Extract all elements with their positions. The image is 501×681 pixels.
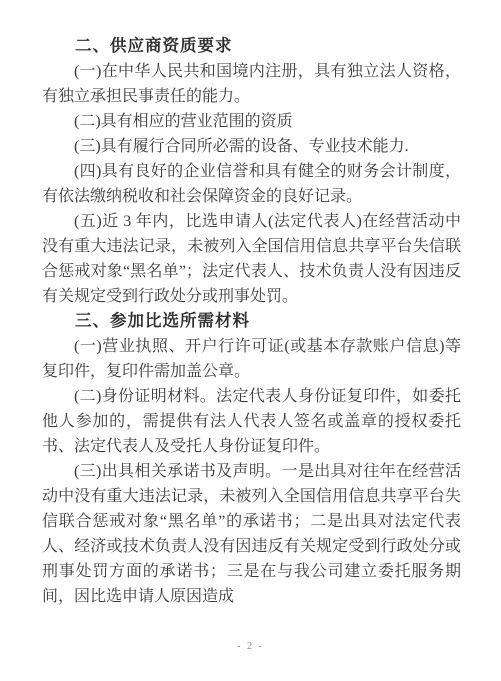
paragraph-qualification-1: (一)在中华人民共和国境内注册，具有独立法人资格，有独立承担民事责任的能力。 bbox=[42, 59, 461, 109]
paragraph-material-3: (三)出具相关承诺书及声明。一是出具对往年在经营活动中没有重大违法记录，未被列入… bbox=[42, 459, 461, 609]
paragraph-material-2: (二)身份证明材料。法定代表人身份证复印件，如委托他人参加的，需提供有法人代表人… bbox=[42, 384, 461, 459]
paragraph-material-1: (一)营业执照、开户行许可证(或基本存款账户信息)等复印件，复印件需加盖公章。 bbox=[42, 334, 461, 384]
paragraph-qualification-5: (五)近 3 年内，比选申请人(法定代表人)在经营活动中没有重大违法记录，未被列… bbox=[42, 209, 461, 309]
paragraph-qualification-3: (三)具有履行合同所必需的设备、专业技术能力. bbox=[42, 134, 461, 159]
paragraph-qualification-4: (四)具有良好的企业信誉和具有健全的财务会计制度，有依法缴纳税收和社会保障资金的… bbox=[42, 159, 461, 209]
section-heading-required-materials: 三、参加比选所需材料 bbox=[42, 309, 461, 334]
page-footer: - 2 - bbox=[0, 636, 501, 654]
document-body: 二、供应商资质要求 (一)在中华人民共和国境内注册，具有独立法人资格，有独立承担… bbox=[42, 34, 461, 609]
section-heading-supplier-qualifications: 二、供应商资质要求 bbox=[42, 34, 461, 59]
paragraph-qualification-2: (二)具有相应的营业范围的资质 bbox=[42, 109, 461, 134]
document-page: 二、供应商资质要求 (一)在中华人民共和国境内注册，具有独立法人资格，有独立承担… bbox=[0, 0, 501, 681]
page-number: - 2 - bbox=[237, 641, 264, 652]
